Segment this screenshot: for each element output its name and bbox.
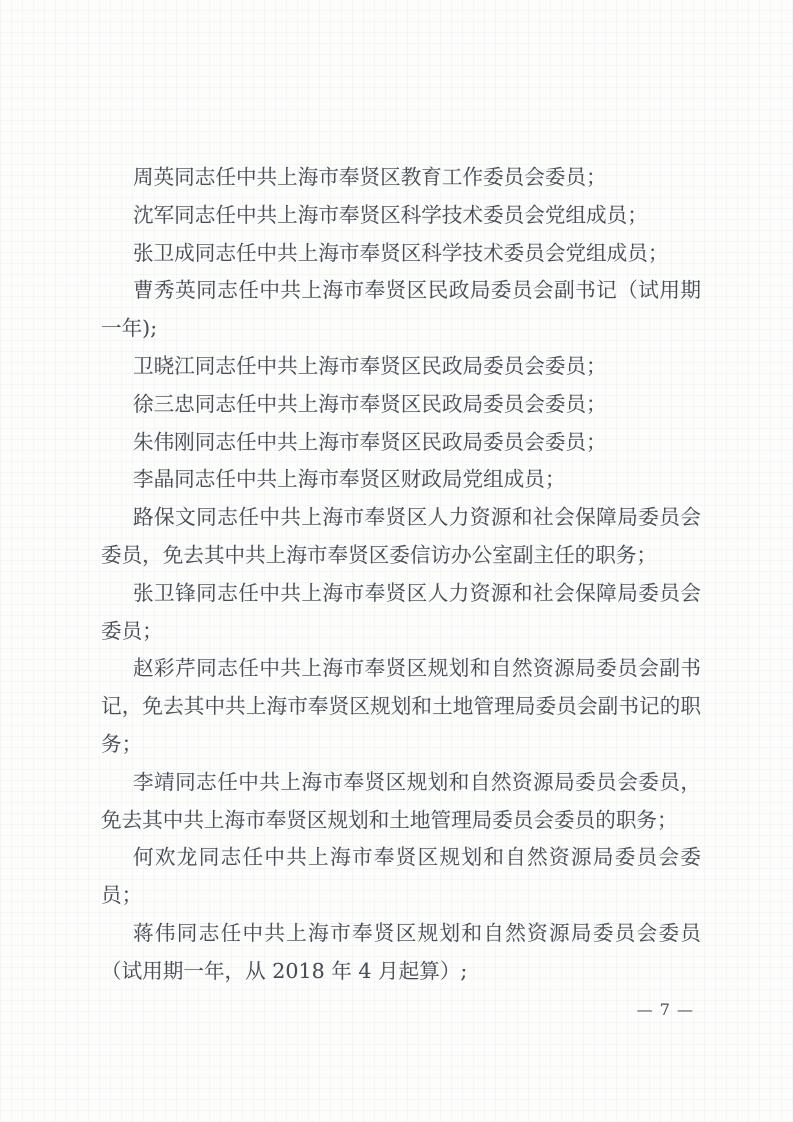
page-number: — 7 — — [637, 1000, 694, 1020]
body-paragraph: 卫晓江同志任中共上海市奉贤区民政局委员会委员； — [101, 348, 701, 386]
document-body: 周英同志任中共上海市奉贤区教育工作委员会委员；沈军同志任中共上海市奉贤区科学技术… — [101, 159, 701, 991]
body-paragraph: 张卫成同志任中共上海市奉贤区科学技术委员会党组成员； — [101, 235, 701, 273]
body-paragraph: 路保文同志任中共上海市奉贤区人力资源和社会保障局委员会委员，免去其中共上海市奉贤… — [101, 499, 701, 575]
body-paragraph: 曹秀英同志任中共上海市奉贤区民政局委员会副书记（试用期一年); — [101, 272, 701, 348]
body-paragraph: 蒋伟同志任中共上海市奉贤区规划和自然资源局委员会委员（试用期一年，从 2018 … — [101, 915, 701, 991]
body-paragraph: 沈军同志任中共上海市奉贤区科学技术委员会党组成员； — [101, 197, 701, 235]
body-paragraph: 朱伟刚同志任中共上海市奉贤区民政局委员会委员； — [101, 424, 701, 462]
body-paragraph: 徐三忠同志任中共上海市奉贤区民政局委员会委员； — [101, 386, 701, 424]
document-page: { "document": { "body_paragraphs": [ "周英… — [0, 0, 793, 1122]
body-paragraph: 李晶同志任中共上海市奉贤区财政局党组成员； — [101, 461, 701, 499]
body-paragraph: 何欢龙同志任中共上海市奉贤区规划和自然资源局委员会委员； — [101, 839, 701, 915]
body-paragraph: 张卫锋同志任中共上海市奉贤区人力资源和社会保障局委员会委员； — [101, 575, 701, 651]
body-paragraph: 赵彩芹同志任中共上海市奉贤区规划和自然资源局委员会副书记，免去其中共上海市奉贤区… — [101, 650, 701, 763]
body-paragraph: 周英同志任中共上海市奉贤区教育工作委员会委员； — [101, 159, 701, 197]
body-paragraph: 李靖同志任中共上海市奉贤区规划和自然资源局委员会委员，免去其中共上海市奉贤区规划… — [101, 764, 701, 840]
